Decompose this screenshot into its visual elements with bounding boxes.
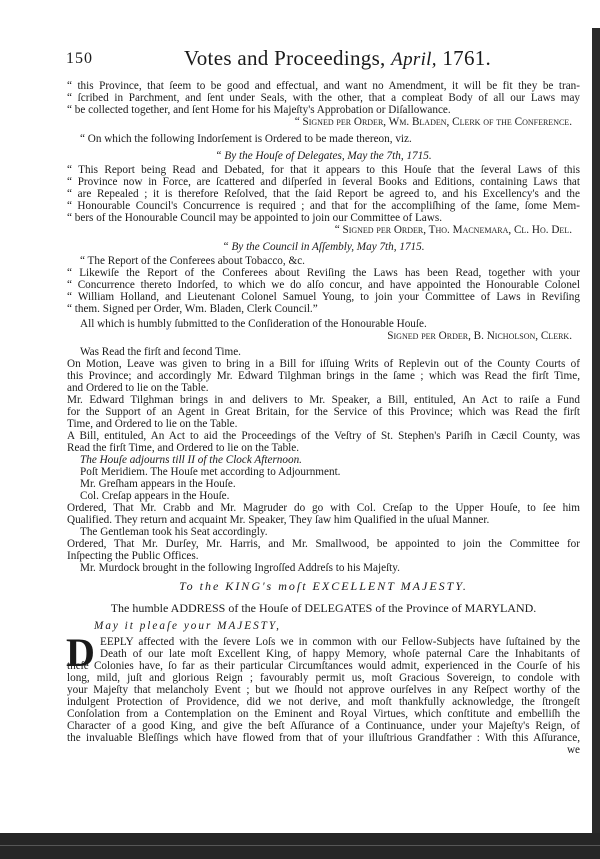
text-line: Qualified. They return and acquaint Mr. … xyxy=(67,514,580,526)
text-line: Time, and Ordered to lie on the Table. xyxy=(67,418,580,430)
catchword: we xyxy=(67,744,580,756)
signature-line: “ Signed per Order, Wm. Bladen, Clerk of… xyxy=(67,116,580,128)
text-line: Death of our late moſt Excellent King, o… xyxy=(100,648,580,660)
text-line: this Province; and accordingly Mr. Edwar… xyxy=(67,370,580,382)
signature-line: Signed per Order, B. Nicholson, Clerk. xyxy=(67,330,580,342)
text-line: your Majeſty that melancholy Event ; but… xyxy=(67,684,580,696)
text-line: Mr. Edward Tilghman brings in and delive… xyxy=(67,394,580,406)
section-heading: “ By the Council in Aſſembly, May 7th, 1… xyxy=(67,241,580,253)
text-line: “ be collected together, and ſent Home f… xyxy=(67,104,580,116)
page-header: 150 Votes and Proceedings, April, 1761. xyxy=(66,46,586,68)
text-line: Mr. Greſham appears in the Houſe. xyxy=(80,478,593,490)
running-title-month: April, xyxy=(391,49,437,70)
text-line: Read the firſt Time, and Ordered to lie … xyxy=(67,442,580,454)
text-line: “ bers of the Honourable Council may be … xyxy=(67,212,580,224)
text-line: The Gentleman took his Seat accordingly. xyxy=(80,526,593,538)
text-line: “ William Holland, and Lieutenant Colone… xyxy=(67,291,580,303)
section-heading: “ By the Houſe of Delegates, May the 7th… xyxy=(67,150,580,162)
text-line: Was Read the firſt and ſecond Time. xyxy=(80,346,593,358)
text-line: “ Concurrence thereto Indorſed, to which… xyxy=(67,279,580,291)
text-line: “ ſcribed in Parchment, and ſent under S… xyxy=(67,92,580,104)
salutation: May it pleaſe your MAJESTY, xyxy=(94,620,600,632)
text-line: Mr. Murdock brought in the following Ing… xyxy=(80,562,593,574)
text-line: for the Support of an Agent in Great Bri… xyxy=(67,406,580,418)
text-line: “ this Province, that ſeem to be good an… xyxy=(67,80,580,92)
running-title-year: 1761. xyxy=(442,46,491,70)
text-line: the invaluable Bleſſings which have flow… xyxy=(67,732,580,744)
text-line: and Ordered to lie on the Table. xyxy=(67,382,580,394)
signature-line: “ them. Signed per Order, Wm. Bladen, Cl… xyxy=(67,303,580,315)
text-line: Col. Creſap appears in the Houſe. xyxy=(80,490,593,502)
text-line: “ Likewiſe the Report of the Conferees a… xyxy=(67,267,580,279)
text-line: Inſpecting the Public Offices. xyxy=(67,550,580,562)
text-line: “ The Report of the Conferees about Toba… xyxy=(80,255,593,267)
scan-edge-bottom xyxy=(0,833,600,859)
scan-artifact-line xyxy=(0,845,600,846)
text-line: “ On which the following Indorſement is … xyxy=(80,133,593,145)
text-line: indulgent Protection of Providence, did … xyxy=(67,696,580,708)
text-line: Ordered, That Mr. Durſey, Mr. Harris, an… xyxy=(67,538,580,550)
text-line: Poſt Meridiem. The Houſe met according t… xyxy=(80,466,593,478)
text-line: long, mild, juſt and glorious Reign ; fa… xyxy=(67,672,580,684)
text-line: Character of a good King, and give the b… xyxy=(67,720,580,732)
running-title: Votes and Proceedings, April, 1761. xyxy=(184,46,491,71)
text-line: “ Honourable Council's Concurrence is re… xyxy=(67,200,580,212)
text-line: “ Province now in Force, are ſcattered a… xyxy=(67,176,580,188)
text-line: EEPLY affected with the ſevere Loſs we i… xyxy=(100,636,580,648)
signature-line: “ Signed per Order, Tho. Macnemara, Cl. … xyxy=(67,224,580,236)
text-line: “ are Repealed ; it is therefore Reſolve… xyxy=(67,188,580,200)
text-line: On Motion, Leave was given to bring in a… xyxy=(67,358,580,370)
address-title: The humble ADDRESS of the Houſe of DELEG… xyxy=(67,602,580,614)
address-heading: To the KING's moſt EXCELLENT MAJESTY. xyxy=(67,580,580,592)
text-line: Ordered, That Mr. Crabb and Mr. Magruder… xyxy=(67,502,580,514)
page-number: 150 xyxy=(66,50,93,68)
running-title-text: Votes and Proceedings, xyxy=(184,46,386,70)
text-line: Conſolation from a Contemplation on the … xyxy=(67,708,580,720)
text-line: The Houſe adjourns till II of the Clock … xyxy=(80,454,593,466)
text-line: “ This Report being Read and Debated, fo… xyxy=(67,164,580,176)
scan-edge-right xyxy=(592,28,600,833)
text-line: A Bill, entituled, An Act to aid the Pro… xyxy=(67,430,580,442)
text-line: All which is humbly ſubmitted to the Con… xyxy=(80,318,593,330)
text-line: theſe Colonies have, ſo far as their par… xyxy=(67,660,580,672)
document-page: 150 Votes and Proceedings, April, 1761. … xyxy=(0,0,592,833)
